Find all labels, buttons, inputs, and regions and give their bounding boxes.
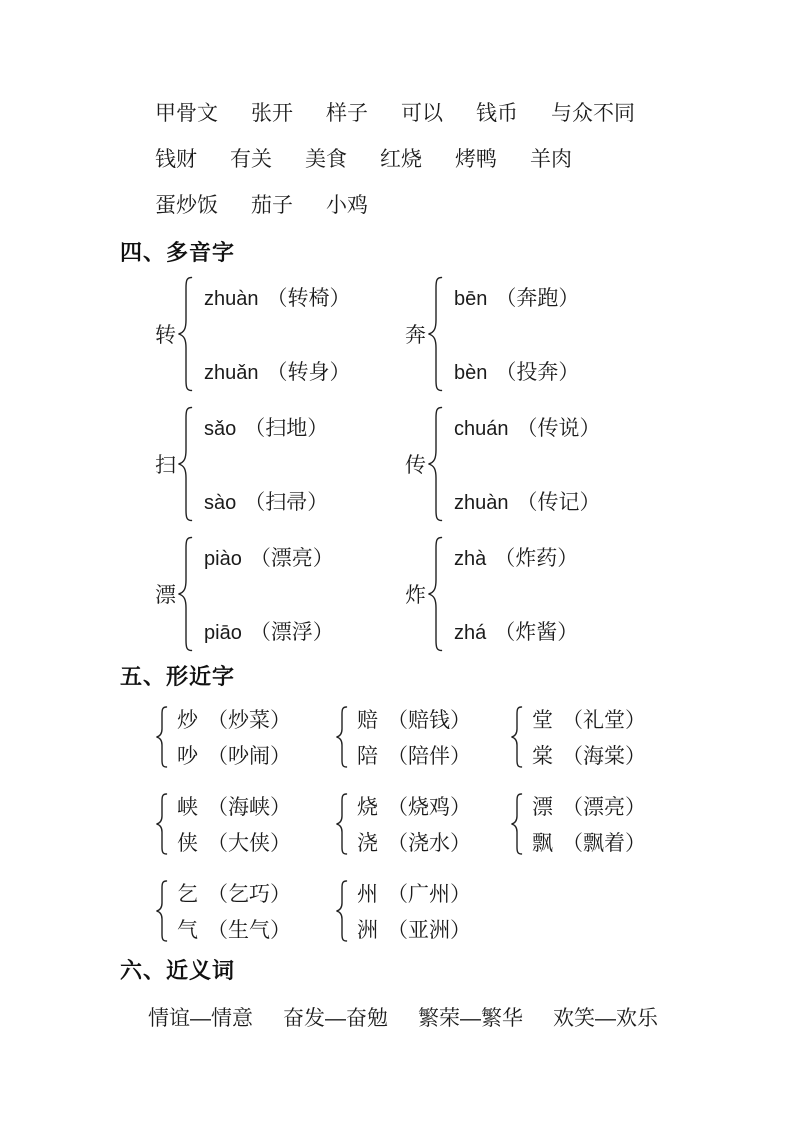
example-word: （漂亮） bbox=[250, 542, 334, 572]
pinyin-entry: zhuǎn （转身） bbox=[204, 356, 351, 386]
example-word: （投奔） bbox=[495, 356, 579, 386]
pinyin-text: sào bbox=[204, 492, 236, 515]
example-word: （奔跑） bbox=[495, 282, 579, 312]
brace-icon bbox=[335, 793, 348, 855]
similar-word: （烧鸡） bbox=[387, 791, 471, 821]
example-word: （扫地） bbox=[244, 412, 328, 442]
similar-entry: 赔 （赔钱） bbox=[357, 704, 471, 734]
vocab-word: 钱财 bbox=[155, 146, 197, 174]
polyphonic-base-char: 漂 bbox=[155, 579, 176, 609]
synonyms-section: 情谊—情意 奋发—奋勉 繁荣—繁华 欢笑—欢乐 bbox=[148, 1002, 763, 1032]
vocab-word: 张开 bbox=[251, 100, 293, 128]
similar-section: 炒 （炒菜） 吵 （吵闹） 赔 （赔钱） 陪 （陪伴） bbox=[155, 704, 763, 944]
polyphonic-section: 转 zhuàn （转椅） zhuǎn （转身） 奔 bēn （奔跑） bbox=[155, 276, 763, 652]
similar-word: （浇水） bbox=[387, 827, 471, 857]
similar-word: （亚洲） bbox=[387, 914, 471, 944]
pinyin-text: bèn bbox=[454, 362, 487, 385]
brace-icon bbox=[155, 706, 168, 768]
pinyin-text: zhà bbox=[454, 548, 486, 571]
synonym-pair: 情谊—情意 bbox=[148, 1002, 253, 1032]
similar-char: 浇 bbox=[357, 827, 378, 857]
pinyin-text: zhá bbox=[454, 622, 486, 645]
brace-icon bbox=[335, 706, 348, 768]
similar-char: 吵 bbox=[177, 740, 198, 770]
brace-icon bbox=[177, 406, 193, 522]
pinyin-entry: piào （漂亮） bbox=[204, 542, 334, 572]
similar-word: （赔钱） bbox=[387, 704, 471, 734]
polyphonic-base-char: 奔 bbox=[405, 319, 426, 349]
similar-pair: 乞 （乞巧） 气 （生气） bbox=[155, 878, 335, 944]
polyphonic-group: 传 chuán （传说） zhuàn （传记） bbox=[405, 406, 601, 522]
vocab-word: 钱币 bbox=[476, 100, 518, 128]
similar-word: （吵闹） bbox=[207, 740, 291, 770]
similar-entry: 棠 （海棠） bbox=[532, 740, 646, 770]
similar-char: 州 bbox=[357, 878, 378, 908]
example-word: （炸酱） bbox=[494, 616, 578, 646]
similar-entry: 气 （生气） bbox=[177, 914, 291, 944]
pinyin-text: zhuàn bbox=[204, 288, 259, 311]
similar-entry: 堂 （礼堂） bbox=[532, 704, 646, 734]
similar-char: 乞 bbox=[177, 878, 198, 908]
pinyin-entry: zhà （炸药） bbox=[454, 542, 578, 572]
similar-word: （炒菜） bbox=[207, 704, 291, 734]
similar-entry: 乞 （乞巧） bbox=[177, 878, 291, 908]
synonym-pair: 欢笑—欢乐 bbox=[553, 1002, 658, 1032]
similar-word: （礼堂） bbox=[562, 704, 646, 734]
polyphonic-base-char: 转 bbox=[155, 319, 176, 349]
brace-icon bbox=[177, 276, 193, 392]
pinyin-entry: piāo （漂浮） bbox=[204, 616, 334, 646]
pinyin-text: zhuǎn bbox=[204, 362, 259, 385]
similar-char: 侠 bbox=[177, 827, 198, 857]
vocab-word: 红烧 bbox=[380, 146, 422, 174]
similar-word: （生气） bbox=[207, 914, 291, 944]
polyphonic-base-char: 炸 bbox=[405, 579, 426, 609]
section-heading-polyphonic: 四、多音字 bbox=[120, 238, 763, 268]
similar-word: （大侠） bbox=[207, 827, 291, 857]
polyphonic-group: 炸 zhà （炸药） zhá （炸酱） bbox=[405, 536, 601, 652]
similar-entry: 炒 （炒菜） bbox=[177, 704, 291, 734]
vocabulary-list: 甲骨文 张开 样子 可以 钱币 与众不同 钱财 有关 美食 红烧 烤鸭 羊肉 蛋… bbox=[155, 100, 763, 220]
similar-pair: 赔 （赔钱） 陪 （陪伴） bbox=[335, 704, 510, 770]
vocab-row: 蛋炒饭 茄子 小鸡 bbox=[155, 192, 763, 220]
pinyin-text: sǎo bbox=[204, 418, 236, 441]
synonym-pair: 奋发—奋勉 bbox=[283, 1002, 388, 1032]
document-page: 甲骨文 张开 样子 可以 钱币 与众不同 钱财 有关 美食 红烧 烤鸭 羊肉 蛋… bbox=[0, 0, 793, 1122]
brace-icon bbox=[510, 793, 523, 855]
similar-entry: 陪 （陪伴） bbox=[357, 740, 471, 770]
similar-entry: 浇 （浇水） bbox=[357, 827, 471, 857]
vocab-word: 蛋炒饭 bbox=[155, 192, 218, 220]
similar-char: 漂 bbox=[532, 791, 553, 821]
vocab-word: 样子 bbox=[326, 100, 368, 128]
pinyin-entry: zhuàn （传记） bbox=[454, 486, 601, 516]
synonym-pair: 繁荣—繁华 bbox=[418, 1002, 523, 1032]
pinyin-entry: zhá （炸酱） bbox=[454, 616, 578, 646]
example-word: （传记） bbox=[517, 486, 601, 516]
vocab-word: 茄子 bbox=[251, 192, 293, 220]
similar-word: （海棠） bbox=[562, 740, 646, 770]
similar-word: （海峡） bbox=[207, 791, 291, 821]
similar-pair: 烧 （烧鸡） 浇 （浇水） bbox=[335, 791, 510, 857]
similar-pair: 峡 （海峡） 侠 （大侠） bbox=[155, 791, 335, 857]
similar-char: 陪 bbox=[357, 740, 378, 770]
similar-char: 气 bbox=[177, 914, 198, 944]
example-word: （转身） bbox=[267, 356, 351, 386]
brace-icon bbox=[427, 276, 443, 392]
similar-pair: 炒 （炒菜） 吵 （吵闹） bbox=[155, 704, 335, 770]
vocab-word: 有关 bbox=[230, 146, 272, 174]
polyphonic-group: 奔 bēn （奔跑） bèn （投奔） bbox=[405, 276, 601, 392]
similar-entry: 漂 （漂亮） bbox=[532, 791, 646, 821]
similar-word: （飘着） bbox=[562, 827, 646, 857]
similar-pair: 漂 （漂亮） 飘 （飘着） bbox=[510, 791, 646, 857]
pinyin-entry: bēn （奔跑） bbox=[454, 282, 579, 312]
brace-icon bbox=[335, 880, 348, 942]
similar-entry: 洲 （亚洲） bbox=[357, 914, 471, 944]
polyphonic-group: 转 zhuàn （转椅） zhuǎn （转身） bbox=[155, 276, 405, 392]
vocab-word: 美食 bbox=[305, 146, 347, 174]
similar-char: 洲 bbox=[357, 914, 378, 944]
polyphonic-base-char: 传 bbox=[405, 449, 426, 479]
similar-entry: 吵 （吵闹） bbox=[177, 740, 291, 770]
vocab-row: 甲骨文 张开 样子 可以 钱币 与众不同 bbox=[155, 100, 763, 128]
vocab-word: 甲骨文 bbox=[155, 100, 218, 128]
similar-entry: 侠 （大侠） bbox=[177, 827, 291, 857]
brace-icon bbox=[155, 793, 168, 855]
similar-entry: 飘 （飘着） bbox=[532, 827, 646, 857]
vocab-word: 可以 bbox=[401, 100, 443, 128]
vocab-word: 小鸡 bbox=[326, 192, 368, 220]
similar-char: 炒 bbox=[177, 704, 198, 734]
similar-word: （漂亮） bbox=[562, 791, 646, 821]
similar-char: 赔 bbox=[357, 704, 378, 734]
vocab-row: 钱财 有关 美食 红烧 烤鸭 羊肉 bbox=[155, 146, 763, 174]
pinyin-text: zhuàn bbox=[454, 492, 509, 515]
similar-word: （广州） bbox=[387, 878, 471, 908]
pinyin-entry: bèn （投奔） bbox=[454, 356, 579, 386]
similar-entry: 烧 （烧鸡） bbox=[357, 791, 471, 821]
pinyin-entry: sào （扫帚） bbox=[204, 486, 328, 516]
example-word: （漂浮） bbox=[250, 616, 334, 646]
polyphonic-base-char: 扫 bbox=[155, 449, 176, 479]
brace-icon bbox=[177, 536, 193, 652]
brace-icon bbox=[427, 536, 443, 652]
brace-icon bbox=[427, 406, 443, 522]
vocab-word: 烤鸭 bbox=[455, 146, 497, 174]
polyphonic-group: 扫 sǎo （扫地） sào （扫帚） bbox=[155, 406, 405, 522]
similar-entry: 州 （广州） bbox=[357, 878, 471, 908]
pinyin-entry: zhuàn （转椅） bbox=[204, 282, 351, 312]
example-word: （炸药） bbox=[494, 542, 578, 572]
brace-icon bbox=[510, 706, 523, 768]
similar-char: 飘 bbox=[532, 827, 553, 857]
vocab-word: 羊肉 bbox=[530, 146, 572, 174]
polyphonic-group: 漂 piào （漂亮） piāo （漂浮） bbox=[155, 536, 405, 652]
pinyin-text: piāo bbox=[204, 622, 242, 645]
similar-word: （乞巧） bbox=[207, 878, 291, 908]
brace-icon bbox=[155, 880, 168, 942]
example-word: （传说） bbox=[517, 412, 601, 442]
similar-pair: 堂 （礼堂） 棠 （海棠） bbox=[510, 704, 646, 770]
pinyin-entry: sǎo （扫地） bbox=[204, 412, 328, 442]
pinyin-text: bēn bbox=[454, 288, 487, 311]
similar-word: （陪伴） bbox=[387, 740, 471, 770]
example-word: （扫帚） bbox=[244, 486, 328, 516]
similar-pair: 州 （广州） 洲 （亚洲） bbox=[335, 878, 510, 944]
similar-char: 堂 bbox=[532, 704, 553, 734]
section-heading-similar: 五、形近字 bbox=[120, 662, 763, 692]
pinyin-text: piào bbox=[204, 548, 242, 571]
similar-char: 烧 bbox=[357, 791, 378, 821]
section-heading-synonyms: 六、近义词 bbox=[120, 956, 763, 986]
pinyin-entry: chuán （传说） bbox=[454, 412, 601, 442]
similar-char: 棠 bbox=[532, 740, 553, 770]
example-word: （转椅） bbox=[267, 282, 351, 312]
similar-char: 峡 bbox=[177, 791, 198, 821]
vocab-word: 与众不同 bbox=[551, 100, 635, 128]
similar-entry: 峡 （海峡） bbox=[177, 791, 291, 821]
pinyin-text: chuán bbox=[454, 418, 509, 441]
